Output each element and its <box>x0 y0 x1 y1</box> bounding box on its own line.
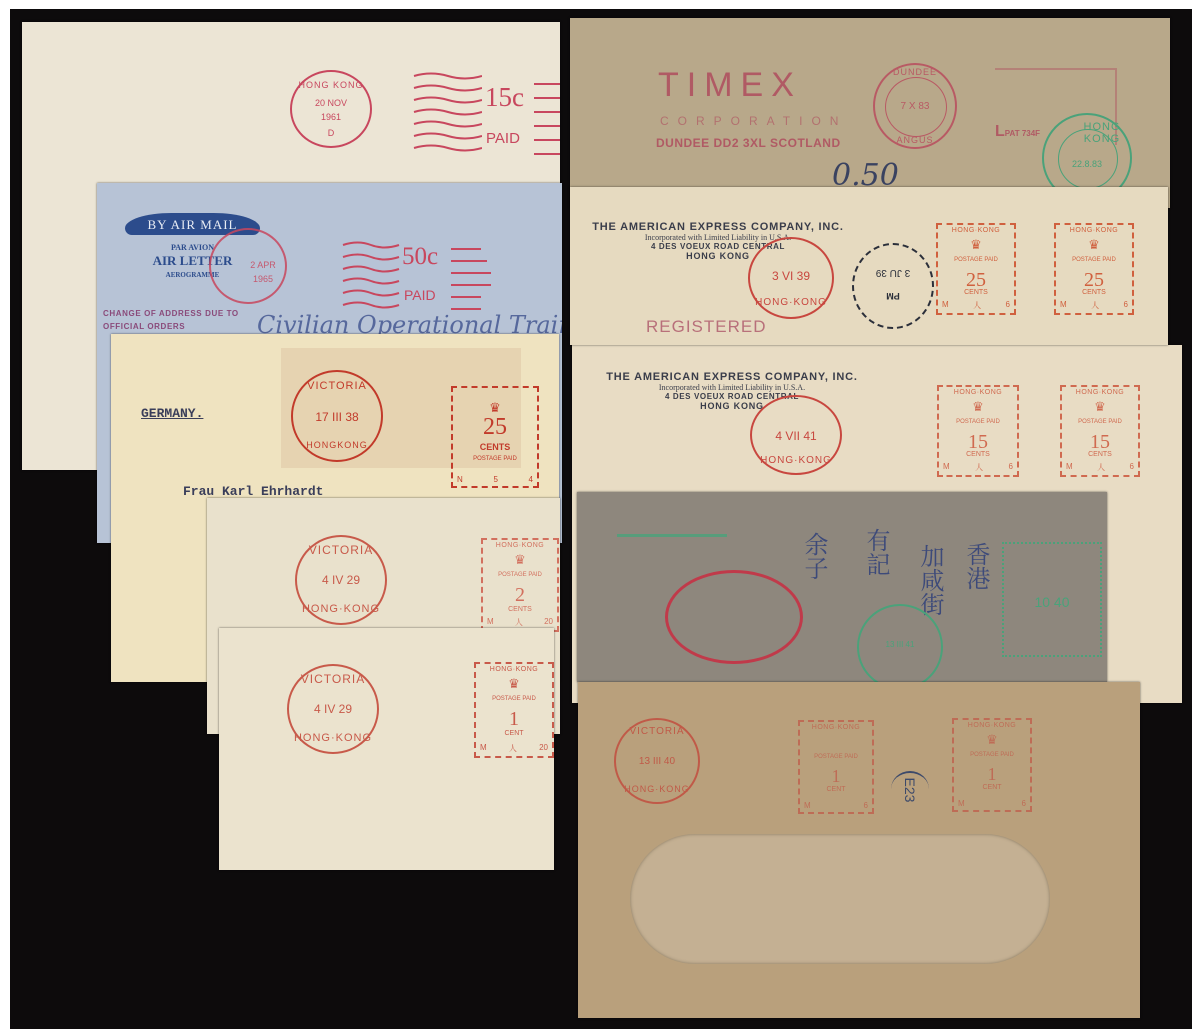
cds-town: DUNDEE <box>875 67 955 77</box>
meter-text: POSTAGE PAID <box>800 754 872 761</box>
foot-1: N <box>457 475 463 484</box>
crown-icon: ♛ <box>1056 237 1132 253</box>
cds-town: VICTORIA <box>293 380 381 392</box>
letterhead-line-2: Incorporated with Limited Liability in U… <box>602 383 862 392</box>
handwritten-chinese-col-3: 加咸街 <box>913 544 948 616</box>
green-line <box>617 534 727 537</box>
timex-logo: TIMEX <box>658 66 802 105</box>
cds-code: D <box>292 128 370 138</box>
cds-country: HONG·KONG <box>750 297 832 308</box>
meter-unit: CENT <box>954 784 1030 791</box>
meter-value: 1 <box>800 766 872 787</box>
meter-unit: CENTS <box>483 606 557 613</box>
company-name: THE AMERICAN EXPRESS COMPANY, INC. <box>602 371 862 383</box>
meter-text: POSTAGE PAID <box>939 419 1017 426</box>
meter-unit: CENT <box>476 730 552 737</box>
meter-value-15c: 15c <box>485 82 524 113</box>
cds-date: 7 X 83 <box>875 101 955 112</box>
meter-header: HONG·KONG <box>476 666 552 673</box>
registered-label: REGISTERED <box>646 317 767 337</box>
registered-gpo-cds: 3 JU 39 PM <box>852 243 934 329</box>
meter-foot: M 人 6 <box>1066 462 1134 473</box>
meter-header: HONG·KONG <box>483 542 557 549</box>
meter-header: HONG·KONG <box>1062 389 1138 396</box>
foot-1: M <box>943 462 950 473</box>
crown-icon: ♛ <box>938 237 1014 253</box>
registered-time: PM <box>854 291 932 301</box>
cds-date: 20 NOV <box>292 98 370 108</box>
foot-2: 人 <box>975 462 983 473</box>
letterhead-line-2: Incorporated with Limited Liability in U… <box>584 233 852 242</box>
meter-foot: M 人 20 <box>480 743 548 754</box>
cds-town: VICTORIA <box>616 726 698 737</box>
meter-paid: PAID <box>486 130 520 147</box>
meter-value: 25 <box>453 414 537 441</box>
meter-text: POSTAGE PAID <box>1056 257 1132 264</box>
meter-foot: M 人 20 <box>487 617 553 628</box>
foot-3: 6 <box>1124 300 1128 311</box>
cover-timex-dundee-1983: TIMEX CORPORATION DUNDEE DD2 3XL SCOTLAN… <box>570 18 1170 208</box>
victoria-1929-cds: VICTORIA 4 IV 29 HONG·KONG <box>295 535 387 625</box>
foot-2: 5 <box>493 475 497 484</box>
foot-2: 人 <box>509 743 517 754</box>
cds-county: ANGUS <box>875 135 955 145</box>
cds-date: 4 IV 29 <box>289 702 377 716</box>
hong-kong-1961-cds: HONG KONG 20 NOV 1961 D <box>290 70 372 148</box>
cds-country: HONG·KONG <box>297 603 385 615</box>
meter-value: 1 <box>476 708 552 731</box>
meter-15-cents-1: HONG·KONG ♛ POSTAGE PAID 15 CENTS M 人 6 <box>937 385 1019 477</box>
cds-date: 4 IV 29 <box>297 573 385 587</box>
cds-date: 22.8.83 <box>1044 159 1130 169</box>
meter-1-cent: HONG·KONG ♛ POSTAGE PAID 1 CENT M 人 20 <box>474 662 554 758</box>
meter-text: POSTAGE PAID <box>476 696 552 703</box>
cds-town: VICTORIA <box>297 543 385 557</box>
meter-1-cent-b: HONG·KONG ♛ POSTAGE PAID 1 CENT M 6 <box>952 718 1032 812</box>
victoria-1929-cds: VICTORIA 4 IV 29 HONG·KONG <box>287 664 379 754</box>
foot-3: 6 <box>1006 300 1010 311</box>
foot-3: 20 <box>544 617 553 628</box>
meter-header: HONG·KONG <box>939 389 1017 396</box>
red-oval-seal <box>665 570 803 664</box>
green-arrival-cds: 13 III 41 <box>857 604 943 682</box>
hong-kong-1965-cds: 2 APR 1965 <box>209 228 287 304</box>
foot-1: M <box>487 617 494 628</box>
crown-icon: ♛ <box>939 399 1017 415</box>
cds-date: 13 III 41 <box>859 640 941 649</box>
cachet-line-1: CHANGE OF ADDRESS DUE TO <box>103 307 239 320</box>
cds-country: HONGKONG <box>293 440 381 450</box>
meter-text: POSTAGE PAID <box>1062 419 1138 426</box>
meter-unit: CENTS <box>453 442 537 452</box>
meter-25-cents-1: HONG·KONG ♛ POSTAGE PAID 25 CENTS M 人 6 <box>936 223 1016 315</box>
cds-town: HONG KONG <box>292 80 370 90</box>
cover-chinese-grey-1941: 余子 有記 加咸街 香港 13 III 41 10 40 <box>577 492 1107 682</box>
address-name: Frau Karl Ehrhardt <box>183 484 323 499</box>
meter-value-50c: 50c <box>402 243 438 271</box>
meter-unit: CENTS <box>1056 289 1132 296</box>
foot-3: 6 <box>1130 462 1134 473</box>
foot-1: M <box>804 801 811 810</box>
letterhead-line-3: 4 DES VOEUX ROAD CENTRAL <box>602 392 862 401</box>
meter-unit: CENTS <box>938 289 1014 296</box>
foot-2: 人 <box>973 300 981 311</box>
meter-text: POSTAGE PAID <box>483 572 557 579</box>
meter-foot: M 人 6 <box>943 462 1013 473</box>
company-name: THE AMERICAN EXPRESS COMPANY, INC. <box>584 221 852 233</box>
victoria-1940-cds: VICTORIA 13 III 40 HONG·KONG <box>614 718 700 804</box>
cds-town: VICTORIA <box>289 672 377 686</box>
meter-value: 1 <box>954 764 1030 785</box>
meter-text: POSTAGE PAID <box>938 257 1014 264</box>
meter-unit: CENT <box>800 786 872 793</box>
cds-country: HONG·KONG <box>616 784 698 794</box>
meter-value: 10 40 <box>1004 594 1100 610</box>
foot-3: 6 <box>1022 799 1026 808</box>
meter-foot: N 5 4 <box>457 475 533 484</box>
foot-1: M <box>480 743 487 754</box>
meter-foot: M 6 <box>804 801 868 810</box>
wavy-lines-right <box>532 80 560 170</box>
crown-icon: ♛ <box>483 552 557 568</box>
meter-header: HONG·KONG <box>1056 227 1132 234</box>
meter-paid: PAID <box>404 287 436 303</box>
foot-1: M <box>958 799 965 808</box>
meter-value: 2 <box>483 584 557 607</box>
foot-2: 人 <box>1091 300 1099 311</box>
wavy-lines-cancel <box>412 72 482 162</box>
cds-year: 1965 <box>241 274 285 284</box>
handwritten-chinese-col-2: 有記 <box>859 528 894 576</box>
cds-date: 13 III 40 <box>616 756 698 767</box>
victoria-1938-cds: VICTORIA 17 III 38 HONGKONG <box>291 370 383 462</box>
cds-country: HONG·KONG <box>289 732 377 744</box>
meter-foot: M 6 <box>958 799 1026 808</box>
cds-year: 1961 <box>292 112 370 122</box>
meter-header: HONG·KONG <box>954 722 1030 729</box>
e23-mark: E23 <box>891 771 929 807</box>
meter-unit: CENTS <box>939 451 1017 458</box>
cds-date: 3 VI 39 <box>750 269 832 283</box>
timex-corporation: CORPORATION <box>660 114 847 128</box>
meter-foot: M 人 6 <box>942 300 1010 311</box>
meter-header: HONG·KONG <box>938 227 1014 234</box>
meter-header: HONG·KONG <box>800 724 872 731</box>
cds-town: HONG KONG <box>1074 121 1130 145</box>
crown-icon: ♛ <box>476 676 552 692</box>
foot-2: 人 <box>1097 462 1105 473</box>
meter-25-cents-2: HONG·KONG ♛ POSTAGE PAID 25 CENTS M 人 6 <box>1054 223 1134 315</box>
handwritten-chinese-col-1: 余子 <box>797 532 832 580</box>
foot-3: 6 <box>1009 462 1013 473</box>
timex-address: DUNDEE DD2 3XL SCOTLAND <box>656 136 841 150</box>
victoria-1939-cds: 3 VI 39 HONG·KONG <box>748 237 834 319</box>
foot-1: M <box>1060 300 1067 311</box>
cds-date: 17 III 38 <box>293 410 381 424</box>
foot-1: M <box>1066 462 1073 473</box>
faint-meter-base: LPAT 734F <box>995 123 1040 141</box>
cover-amex-1939-registered: THE AMERICAN EXPRESS COMPANY, INC. Incor… <box>570 187 1168 345</box>
meter-unit: CENTS <box>1062 451 1138 458</box>
cds-date: 4 VII 41 <box>752 429 840 443</box>
green-meter: 10 40 <box>1002 542 1102 657</box>
meter-25-cents: ♛ 25 CENTS POSTAGE PAID N 5 4 <box>451 386 539 488</box>
victoria-1941-cds: 4 VII 41 HONG·KONG <box>750 395 842 475</box>
registered-date: 3 JU 39 <box>854 267 932 278</box>
meter-text: POSTAGE PAID <box>954 752 1030 759</box>
crown-icon: ♛ <box>954 732 1030 748</box>
foot-2: 人 <box>515 617 523 628</box>
cachet-line-2: OFFICIAL ORDERS <box>103 320 239 333</box>
meter-foot: M 人 6 <box>1060 300 1128 311</box>
crown-icon: ♛ <box>1062 399 1138 415</box>
address-country: GERMANY. <box>141 406 203 421</box>
foot-1: M <box>942 300 949 311</box>
meter-15-cents-2: HONG·KONG ♛ POSTAGE PAID 15 CENTS M 人 6 <box>1060 385 1140 477</box>
meter-2-cents: HONG·KONG ♛ POSTAGE PAID 2 CENTS M 人 20 <box>481 538 559 632</box>
meter-1-cent-a: HONG·KONG POSTAGE PAID 1 CENT M 6 <box>798 720 874 814</box>
dundee-1983-cds: DUNDEE 7 X 83 ANGUS <box>873 63 957 149</box>
glassine-address-window <box>630 834 1050 964</box>
piece-1-cent-1929: VICTORIA 4 IV 29 HONG·KONG HONG·KONG ♛ P… <box>219 628 554 870</box>
cds-country: HONG·KONG <box>752 455 840 466</box>
foot-3: 4 <box>529 475 533 484</box>
meter-text: POSTAGE PAID <box>453 456 537 463</box>
cover-window-envelope-1940: VICTORIA 13 III 40 HONG·KONG HONG·KONG P… <box>578 682 1140 1018</box>
foot-3: 20 <box>539 743 548 754</box>
change-of-address-cachet: CHANGE OF ADDRESS DUE TO OFFICIAL ORDERS <box>103 307 239 333</box>
foot-3: 6 <box>864 801 868 810</box>
handwritten-chinese-col-4: 香港 <box>959 542 994 590</box>
cds-date: 2 APR <box>241 260 285 270</box>
